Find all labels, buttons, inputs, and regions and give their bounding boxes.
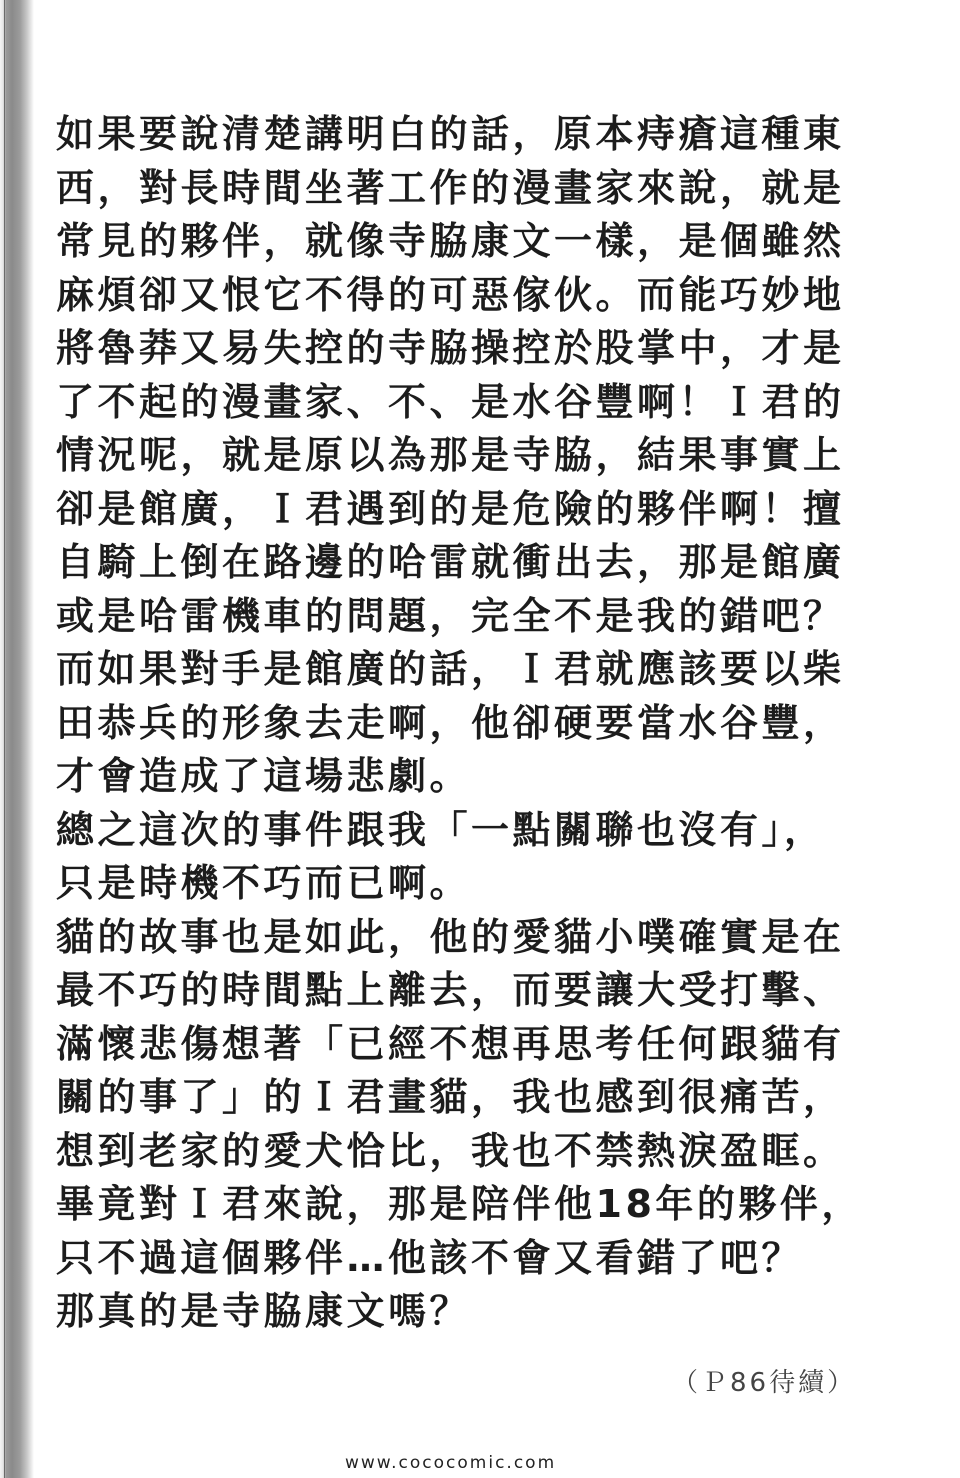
book-binding-edge (0, 0, 34, 1478)
text-line: 情況呢，就是原以為那是寺脇，結果事實上 (56, 429, 856, 483)
text-line: 只不過這個夥伴…他該不會又看錯了吧？ (56, 1232, 856, 1286)
text-line: 了不起的漫畫家、不、是水谷豐啊！Ｉ君的 (56, 376, 856, 430)
text-line: 卻是館廣，Ｉ君遇到的是危險的夥伴啊！擅 (56, 483, 856, 537)
text-line: 總之這次的事件跟我「一點關聯也沒有」， (56, 804, 856, 858)
text-line: 麻煩卻又恨它不得的可惡傢伙。而能巧妙地 (56, 269, 856, 323)
text-line: 只是時機不巧而已啊。 (56, 857, 856, 911)
text-line: 想到老家的愛犬恰比，我也不禁熱淚盈眶。 (56, 1125, 856, 1179)
text-line: 畢竟對Ｉ君來說，那是陪伴他18年的夥伴， (56, 1178, 856, 1232)
text-line: 自騎上倒在路邊的哈雷就衝出去，那是館廣 (56, 536, 856, 590)
text-line: 關的事了」的Ｉ君畫貓，我也感到很痛苦， (56, 1071, 856, 1125)
text-line: 最不巧的時間點上離去，而要讓大受打擊、 (56, 964, 856, 1018)
text-line: 如果要說清楚講明白的話，原本痔瘡這種東 (56, 108, 856, 162)
text-line: 滿懷悲傷想著「已經不想再思考任何跟貓有 (56, 1018, 856, 1072)
text-line: 才會造成了這場悲劇。 (56, 750, 856, 804)
continued-note: （Ｐ86待續） (672, 1362, 856, 1399)
text-line: 西，對長時間坐著工作的漫畫家來說，就是 (56, 162, 856, 216)
site-watermark: www.cococomic.com (345, 1453, 556, 1473)
text-line: 那真的是寺脇康文嗎？ (56, 1285, 856, 1339)
page-body-text: 如果要說清楚講明白的話，原本痔瘡這種東 西，對長時間坐著工作的漫畫家來說，就是 … (56, 108, 856, 1339)
text-line: 常見的夥伴，就像寺脇康文一樣，是個雖然 (56, 215, 856, 269)
text-line: 將魯莽又易失控的寺脇操控於股掌中，才是 (56, 322, 856, 376)
binding-line (4, 0, 5, 1478)
text-line: 或是哈雷機車的問題，完全不是我的錯吧？ (56, 590, 856, 644)
text-line: 貓的故事也是如此，他的愛貓小噗確實是在 (56, 911, 856, 965)
text-line: 而如果對手是館廣的話，Ｉ君就應該要以柴 (56, 643, 856, 697)
text-line: 田恭兵的形象去走啊，他卻硬要當水谷豐， (56, 697, 856, 751)
